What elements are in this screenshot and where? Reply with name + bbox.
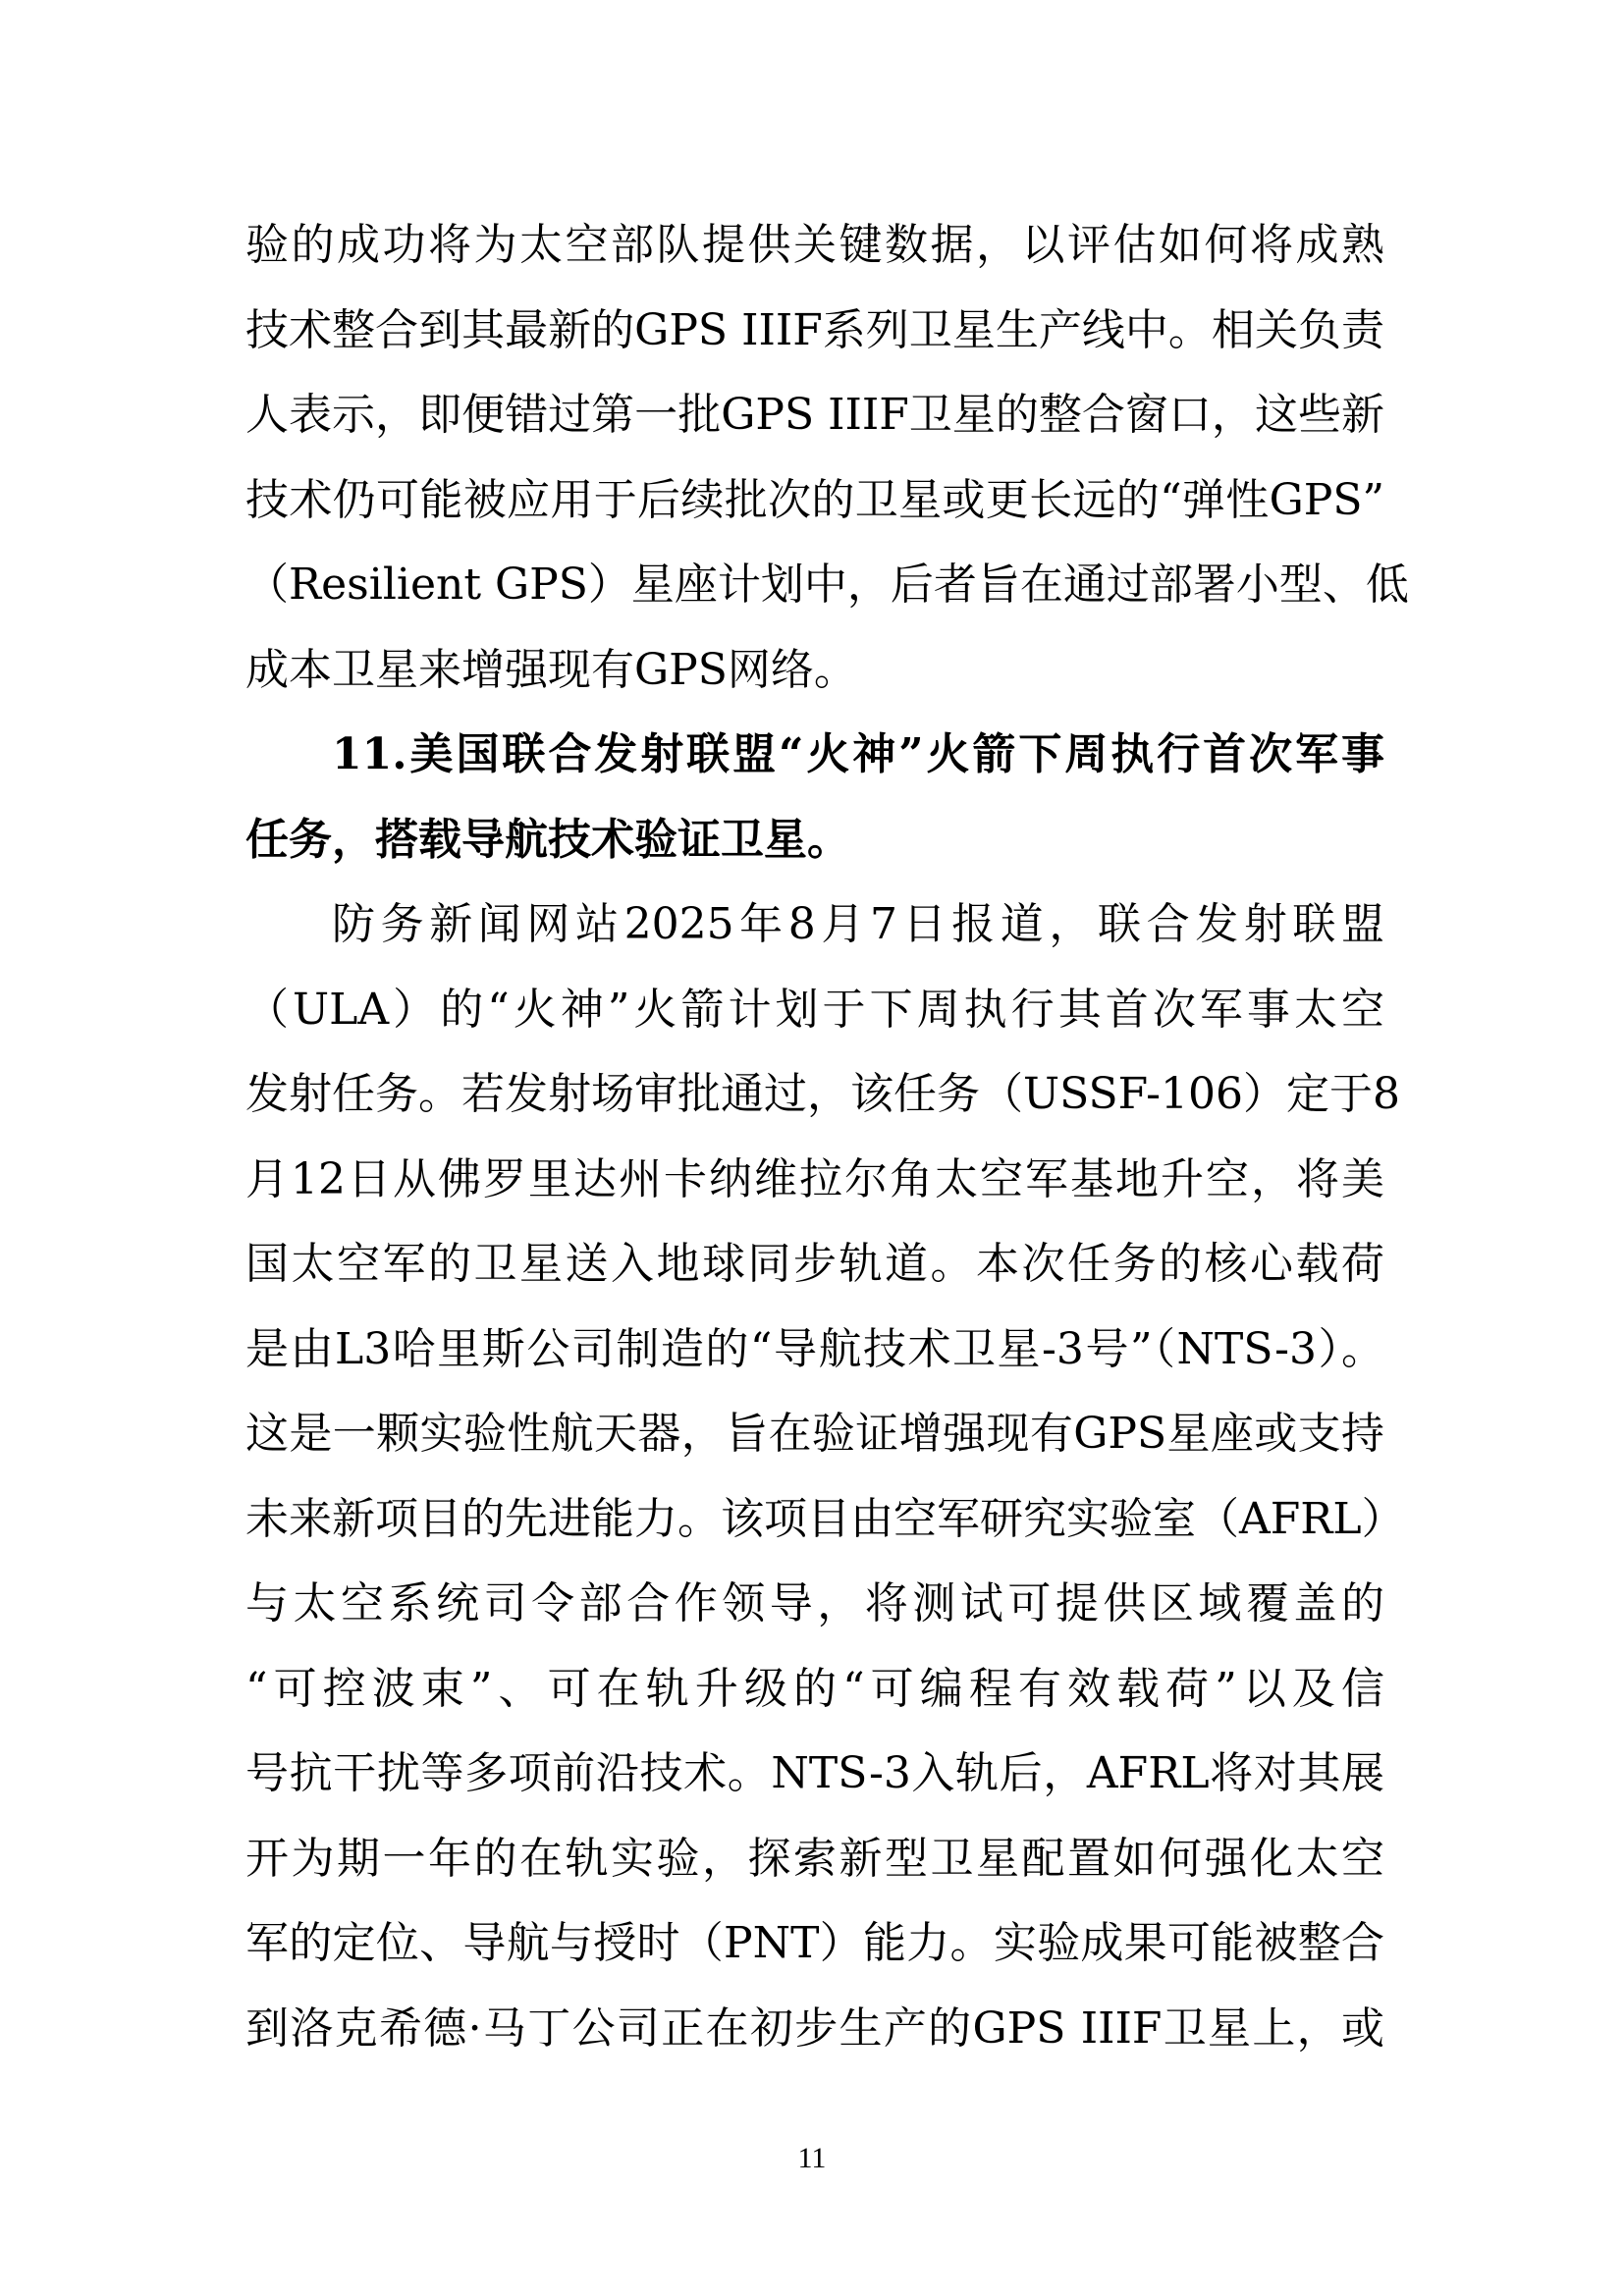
text-line: （Resilient GPS）星座计划中，后者旨在通过部署小型、低 — [245, 543, 1384, 628]
text-line: 与太空系统司令部合作领导，将测试可提供区域覆盖的 — [245, 1562, 1384, 1647]
text-line: 防务新闻网站2025年8月7日报道，联合发射联盟 — [245, 882, 1384, 968]
text-line: 到洛克希德·马丁公司正在初步生产的GPS IIIF卫星上，或 — [245, 1987, 1384, 2072]
document-page: 验的成功将为太空部队提供关键数据，以评估如何将成熟 技术整合到其最新的GPS I… — [0, 0, 1624, 2296]
heading-line: 11.美国联合发射联盟“火神”火箭下周执行首次军事 — [245, 713, 1384, 798]
text-line: 技术仍可能被应用于后续批次的卫星或更长远的“弹性GPS” — [245, 458, 1384, 544]
text-line: 人表示，即便错过第一批GPS IIIF卫星的整合窗口，这些新 — [245, 373, 1384, 458]
text-line: 成本卫星来增强现有GPS网络。 — [245, 628, 1384, 714]
text-line: 军的定位、导航与授时（PNT）能力。实验成果可能被整合 — [245, 1901, 1384, 1987]
text-line: 月12日从佛罗里达州卡纳维拉尔角太空军基地升空，将美 — [245, 1138, 1384, 1223]
text-line: 开为期一年的在轨实验，探索新型卫星配置如何强化太空 — [245, 1817, 1384, 1902]
text-line: （ULA）的“火神”火箭计划于下周执行其首次军事太空 — [245, 968, 1384, 1053]
page-content: 验的成功将为太空部队提供关键数据，以评估如何将成熟 技术整合到其最新的GPS I… — [245, 203, 1384, 2071]
text-line: 国太空军的卫星送入地球同步轨道。本次任务的核心载荷 — [245, 1222, 1384, 1308]
text-line: 是由L3哈里斯公司制造的“导航技术卫星-3号”（NTS-3）。 — [245, 1308, 1384, 1393]
text-line: 发射任务。若发射场审批通过，该任务（USSF-106）定于8 — [245, 1052, 1384, 1138]
text-line: “可控波束”、可在轨升级的“可编程有效载荷”以及信 — [245, 1647, 1384, 1733]
text-line: 号抗干扰等多项前沿技术。NTS-3入轨后，AFRL将对其展 — [245, 1732, 1384, 1817]
paragraph-continued: 验的成功将为太空部队提供关键数据，以评估如何将成熟 技术整合到其最新的GPS I… — [245, 203, 1384, 713]
text-line: 技术整合到其最新的GPS IIIF系列卫星生产线中。相关负责 — [245, 289, 1384, 374]
text-line: 这是一颗实验性航天器，旨在验证增强现有GPS星座或支持 — [245, 1392, 1384, 1477]
paragraph-body: 防务新闻网站2025年8月7日报道，联合发射联盟 （ULA）的“火神”火箭计划于… — [245, 882, 1384, 2071]
text-line: 验的成功将为太空部队提供关键数据，以评估如何将成熟 — [245, 203, 1384, 289]
page-number: 11 — [0, 2142, 1624, 2175]
heading-line: 任务，搭载导航技术验证卫星。 — [245, 798, 1384, 883]
section-heading: 11.美国联合发射联盟“火神”火箭下周执行首次军事 任务，搭载导航技术验证卫星。 — [245, 713, 1384, 882]
text-line: 未来新项目的先进能力。该项目由空军研究实验室（AFRL） — [245, 1477, 1384, 1563]
